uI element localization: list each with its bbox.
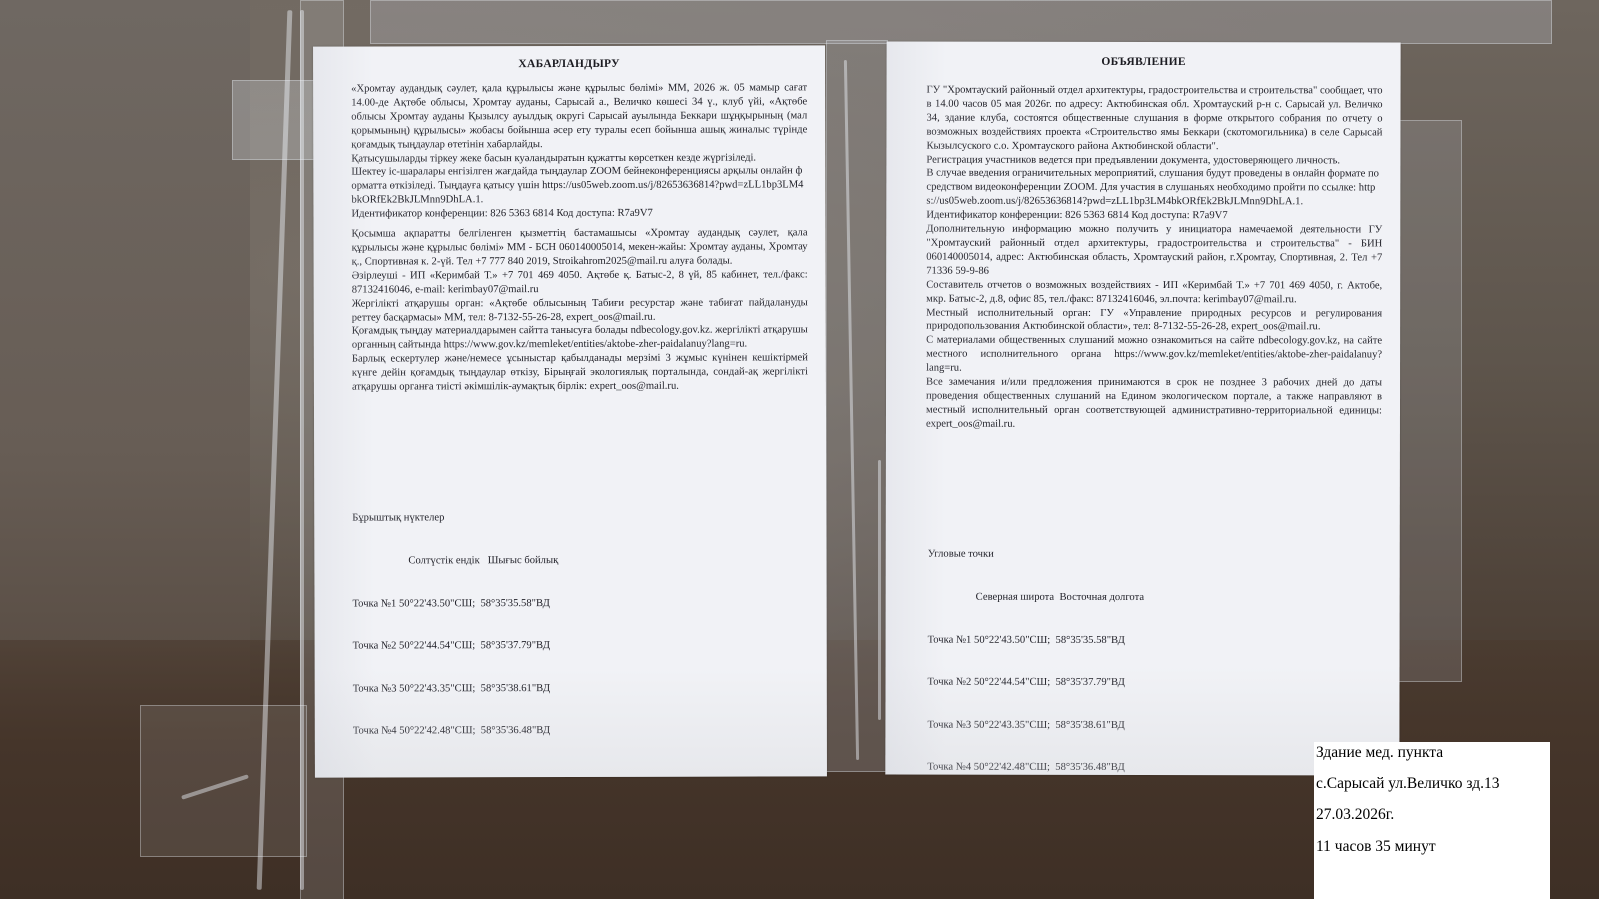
paragraph-local-authority: Жергілікті атқарушы орган: «Ақтөбе облыс… <box>352 296 808 325</box>
paragraph-zoom: Шектеу іс-шаралары енгізілген жағдайда т… <box>351 165 807 208</box>
tape-glare <box>300 10 304 890</box>
coordinate-row: Точка №1 50°22'43.50"СШ; 58°35'35.58"ВД <box>352 597 558 612</box>
notice-kazakh: ХАБАРЛАНДЫРУ «Хромтау аудандық сәулет, қ… <box>313 45 827 777</box>
tape-strip <box>370 0 1552 44</box>
coordinate-row: Точка №2 50°22'44.54"СШ; 58°35'37.79"ВД <box>928 676 1144 691</box>
point-label: Точка №2 <box>353 641 397 652</box>
paragraph-developer: Әзірлеуші - ИП «Керимбай Т.» +7 701 469 … <box>352 268 808 297</box>
point-latitude: 50°22'43.35"СШ; <box>399 683 475 694</box>
point-label: Точка №3 <box>353 683 397 694</box>
point-latitude: 50°22'42.48"СШ; <box>399 726 475 737</box>
point-label: Точка №3 <box>927 719 971 730</box>
paragraph-registration: Регистрация участников ведется при предъ… <box>926 153 1382 168</box>
point-latitude: 50°22'43.50"СШ; <box>974 634 1050 645</box>
column-longitude: Восточная долгота <box>1059 592 1144 603</box>
paragraph-initiator: Қосымша ақпаратты белгіленген қызметтің … <box>352 226 808 269</box>
label-building: Здание мед. пункта <box>1316 744 1443 762</box>
location-timestamp-label: Здание мед. пункта с.Сарысай ул.Величко … <box>1314 742 1550 899</box>
point-latitude: 50°22'42.48"СШ; <box>974 762 1050 773</box>
point-longitude: 58°35'35.58"ВД <box>480 598 549 609</box>
paragraph-developer: Составитель отчетов о возможных воздейст… <box>926 278 1382 307</box>
point-latitude: 50°22'44.54"СШ; <box>399 640 475 651</box>
paragraph-announcement: ГУ "Хромтауский районный отдел архитекту… <box>926 84 1382 154</box>
coordinates-table: Бұрыштық нүктелер Солтүстік ендік Шығыс … <box>352 483 559 768</box>
point-latitude: 50°22'44.54"СШ; <box>974 677 1050 688</box>
paragraph-initiator: Дополнительную информацию можно получить… <box>926 223 1382 279</box>
paragraph-local-authority: Местный исполнительный орган: ГУ «Управл… <box>926 306 1382 335</box>
point-longitude: 58°35'38.61"ВД <box>481 683 550 694</box>
coordinate-row: Точка №3 50°22'43.35"СШ; 58°35'38.61"ВД <box>353 682 559 697</box>
notice-body: ГУ "Хромтауский районный отдел архитекту… <box>926 84 1383 432</box>
coordinates-heading: Бұрыштық нүктелер <box>352 511 558 526</box>
point-label: Точка №4 <box>353 726 397 737</box>
paragraph-materials: Қоғамдық тыңдау материалдарымен сайтта т… <box>352 324 808 353</box>
paragraph-announcement: «Хромтау аудандық сәулет, қала құрылысы … <box>351 81 807 152</box>
point-longitude: 58°35'37.79"ВД <box>481 640 550 651</box>
point-label: Точка №2 <box>928 677 972 688</box>
coordinates-header: Солтүстік ендік Шығыс бойлық <box>352 554 558 569</box>
point-latitude: 50°22'43.35"СШ; <box>974 720 1050 731</box>
point-label: Точка №1 <box>928 634 972 645</box>
paragraph-comments: Все замечания и/или предложения принимаю… <box>926 376 1382 432</box>
coordinate-row: Точка №2 50°22'44.54"СШ; 58°35'37.79"ВД <box>353 639 559 654</box>
coordinate-row: Точка №4 50°22'42.48"СШ; 58°35'36.48"ВД <box>353 724 559 739</box>
paragraph-zoom: В случае введения ограничительных меропр… <box>926 167 1382 210</box>
point-longitude: 58°35'37.79"ВД <box>1055 677 1124 688</box>
tape-glare <box>878 460 881 720</box>
paragraph-comments: Барлық ескертулер және/немесе ұсыныстар … <box>352 352 808 395</box>
coordinates-table: Угловые точки Северная широта Восточная … <box>927 520 1144 804</box>
point-latitude: 50°22'43.50"СШ; <box>399 598 475 609</box>
paragraph-conference-id: Идентификатор конференции: 826 5363 6814… <box>926 209 1382 224</box>
coordinates-heading: Угловые точки <box>928 548 1144 563</box>
column-latitude: Солтүстік ендік <box>408 555 479 566</box>
point-longitude: 58°35'38.61"ВД <box>1055 720 1124 731</box>
notice-body: «Хромтау аудандық сәулет, қала құрылысы … <box>351 81 808 394</box>
paragraph-conference-id: Идентификатор конференции: 826 5363 6814… <box>351 207 807 222</box>
tape-strip <box>1390 120 1462 682</box>
label-date: 27.03.2026г. <box>1316 806 1394 824</box>
notice-title: ОБЪЯВЛЕНИЕ <box>887 56 1401 69</box>
coordinates-header: Северная широта Восточная долгота <box>928 591 1144 606</box>
coordinate-row: Точка №4 50°22'42.48"СШ; 58°35'36.48"ВД <box>927 761 1143 776</box>
label-address: с.Сарысай ул.Величко зд.13 <box>1316 775 1499 793</box>
coordinate-row: Точка №1 50°22'43.50"СШ; 58°35'35.58"ВД <box>928 633 1144 648</box>
notice-russian: ОБЪЯВЛЕНИЕ ГУ "Хромтауский районный отде… <box>885 42 1400 776</box>
point-longitude: 58°35'36.48"ВД <box>481 726 550 737</box>
coordinate-row: Точка №3 50°22'43.35"СШ; 58°35'38.61"ВД <box>927 718 1143 733</box>
column-longitude: Шығыс бойлық <box>488 555 559 566</box>
point-label: Точка №1 <box>352 598 396 609</box>
notice-title: ХАБАРЛАНДЫРУ <box>313 57 825 70</box>
label-time: 11 часов 35 минут <box>1316 838 1436 856</box>
paragraph-materials: С материалами общественных слушаний можн… <box>926 334 1382 377</box>
column-latitude: Северная широта <box>976 592 1055 603</box>
point-label: Точка №4 <box>927 762 971 773</box>
point-longitude: 58°35'35.58"ВД <box>1056 634 1125 645</box>
paragraph-registration: Қатысушыларды тіркеу жеке басын куәланды… <box>351 151 807 166</box>
point-longitude: 58°35'36.48"ВД <box>1055 762 1124 773</box>
